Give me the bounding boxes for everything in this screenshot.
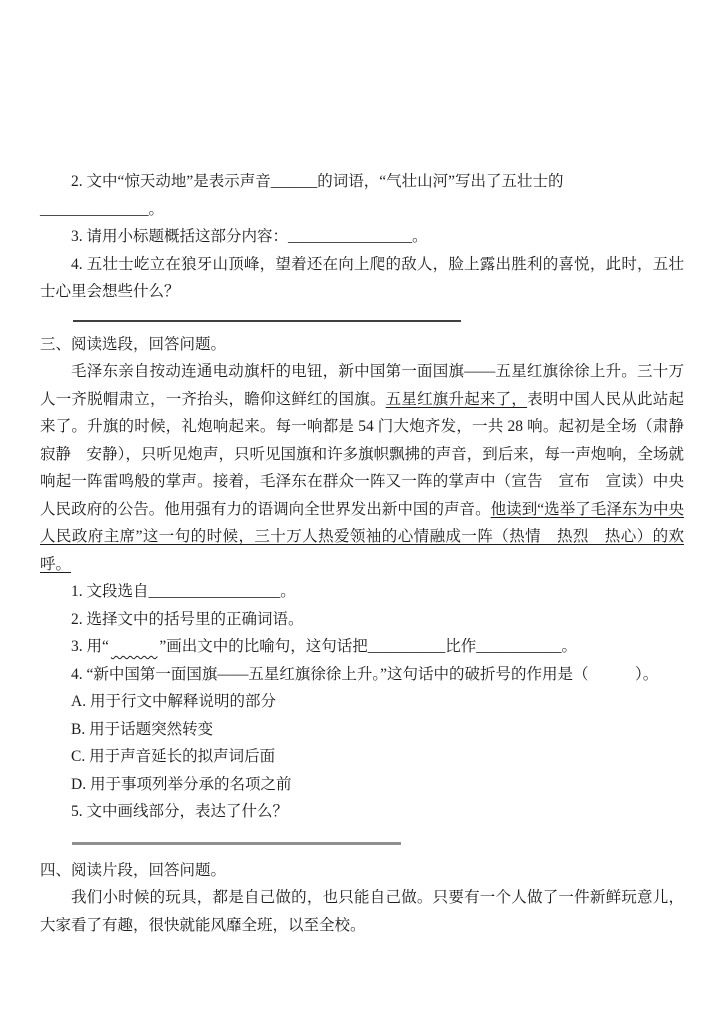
question-2-line1: 2. 文中“惊天动地”是表示声音______的词语，“气壮山河”写出了五壮士的 [40,168,684,196]
option-c: C. 用于声音延长的拟声词后面 [40,743,684,771]
section-3-question-2: 2. 选择文中的括号里的正确词语。 [40,606,684,634]
section-3-question-3: 3. 用“ ”画出文中的比喻句，这句话把__________比作________… [40,633,684,661]
option-d: D. 用于事项列举分承的名项之前 [40,771,684,799]
section-4-heading: 四、阅读片段，回答问题。 [40,857,684,885]
question-3-prefix: 3. 用“ [71,638,109,655]
section-4-passage: 我们小时候的玩具，都是自己做的，也只能自己做。只要有一个人做了一件新鲜玩意儿，大… [40,884,684,939]
answer-line [72,842,401,845]
section-3-question-4: 4. “新中国第一面国旗——五星红旗徐徐上升。”这句话中的破折号的作用是（ ）。 [40,661,684,689]
section-3-question-1: 1. 文段选自_________________。 [40,578,684,606]
question-3: 3. 请用小标题概括这部分内容：________________。 [40,223,684,251]
question-3-suffix: ”画出文中的比喻句，这句话把__________比作___________。 [159,638,577,655]
wavy-line-blank [109,638,160,655]
passage-part-2: 表明中国人民从此站起来了。升旗的时候，礼炮响起来。每一响都是 54 门大炮齐发，… [40,391,700,518]
answer-line [73,320,461,322]
option-a: A. 用于行文中解释说明的部分 [40,688,684,716]
section-3-passage: 毛泽东亲自按动连通电动旗杆的电钮，新中国第一面国旗——五星红旗徐徐上升。三十万人… [40,358,684,578]
section-3-heading: 三、阅读选段，回答问题。 [40,331,684,359]
question-2-line2-blank: ______________。 [40,196,684,224]
passage-underlined-1: 五星红旗升起来了， [386,391,527,408]
worksheet-page: 2. 文中“惊天动地”是表示声音______的词语，“气壮山河”写出了五壮士的 … [0,0,724,1024]
question-4: 4. 五壮士屹立在狼牙山顶峰，望着还在向上爬的敌人，脸上露出胜利的喜悦，此时，五… [40,251,684,306]
section-3-question-5: 5. 文中画线部分，表达了什么？ [40,798,684,826]
option-b: B. 用于话题突然转变 [40,716,684,744]
